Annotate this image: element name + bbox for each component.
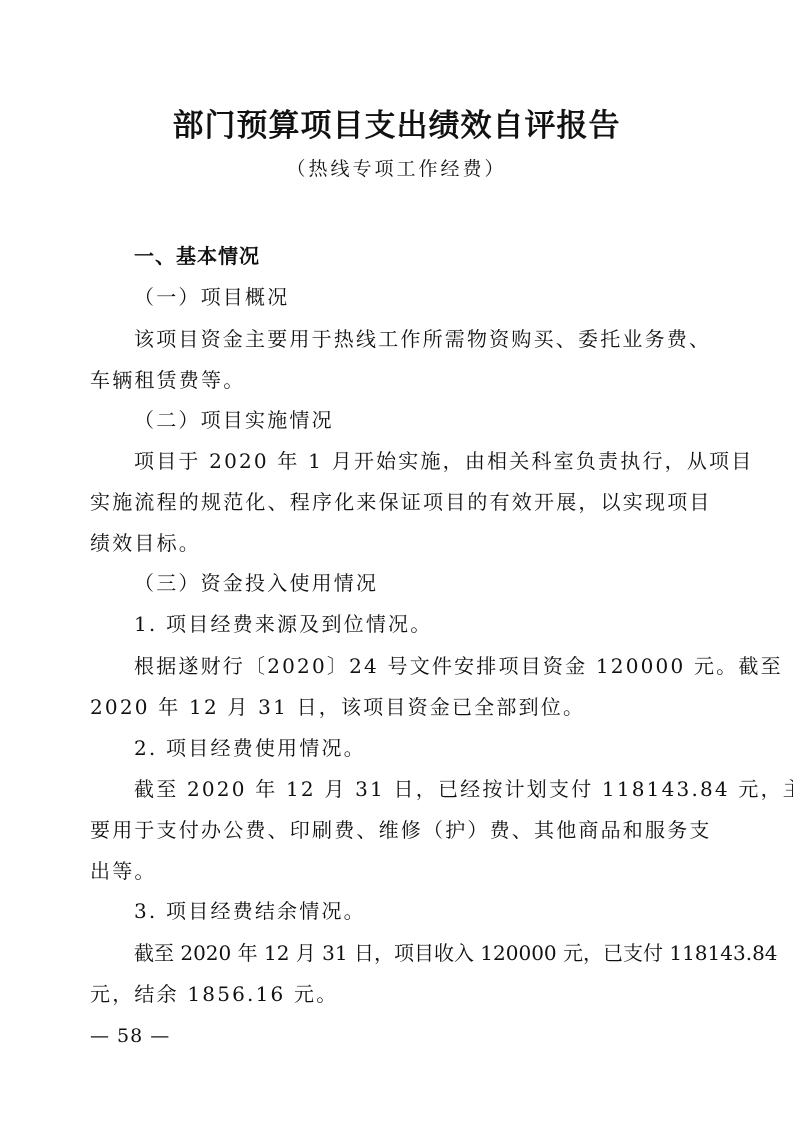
subsection-heading-funding: （三）资金投入使用情况 [134, 569, 710, 597]
paragraph-line: 截至 2020 年 12 月 31 日，项目收入 120000 元，已支付 11… [134, 939, 710, 967]
paragraph-line: 该项目资金主要用于热线工作所需物资购买、委托业务费、 [134, 325, 710, 353]
item-heading-funding-usage: 2. 项目经费使用情况。 [134, 734, 710, 762]
item-heading-funding-source: 1. 项目经费来源及到位情况。 [134, 610, 710, 638]
subsection-heading-overview: （一）项目概况 [134, 283, 710, 311]
paragraph-line: 实施流程的规范化、程序化来保证项目的有效开展，以实现项目 [90, 488, 710, 516]
page-number: — 58 — [90, 1022, 170, 1050]
document-page: 部门预算项目支出绩效自评报告 （热线专项工作经费） 一、基本情况 （一）项目概况… [0, 0, 793, 1122]
paragraph-line: 2020 年 12 月 31 日，该项目资金已全部到位。 [90, 693, 710, 721]
paragraph-line: 车辆租赁费等。 [90, 366, 710, 394]
item-heading-funding-balance: 3. 项目经费结余情况。 [134, 897, 710, 925]
document-subtitle: （热线专项工作经费） [0, 155, 793, 183]
paragraph-line: 项目于 2020 年 1 月开始实施，由相关科室负责执行，从项目 [134, 447, 710, 475]
paragraph-line: 根据遂财行〔2020〕24 号文件安排项目资金 120000 元。截至 [134, 652, 710, 680]
paragraph-line: 绩效目标。 [90, 529, 710, 557]
document-title: 部门预算项目支出绩效自评报告 [0, 106, 793, 146]
paragraph-line: 要用于支付办公费、印刷费、维修（护）费、其他商品和服务支 [90, 816, 710, 844]
paragraph-line: 截至 2020 年 12 月 31 日，已经按计划支付 118143.84 元，… [134, 775, 710, 803]
paragraph-line: 出等。 [90, 857, 710, 885]
section-heading-basic: 一、基本情况 [134, 242, 710, 270]
paragraph-line: 元，结余 1856.16 元。 [90, 980, 710, 1008]
subsection-heading-implementation: （二）项目实施情况 [134, 406, 710, 434]
